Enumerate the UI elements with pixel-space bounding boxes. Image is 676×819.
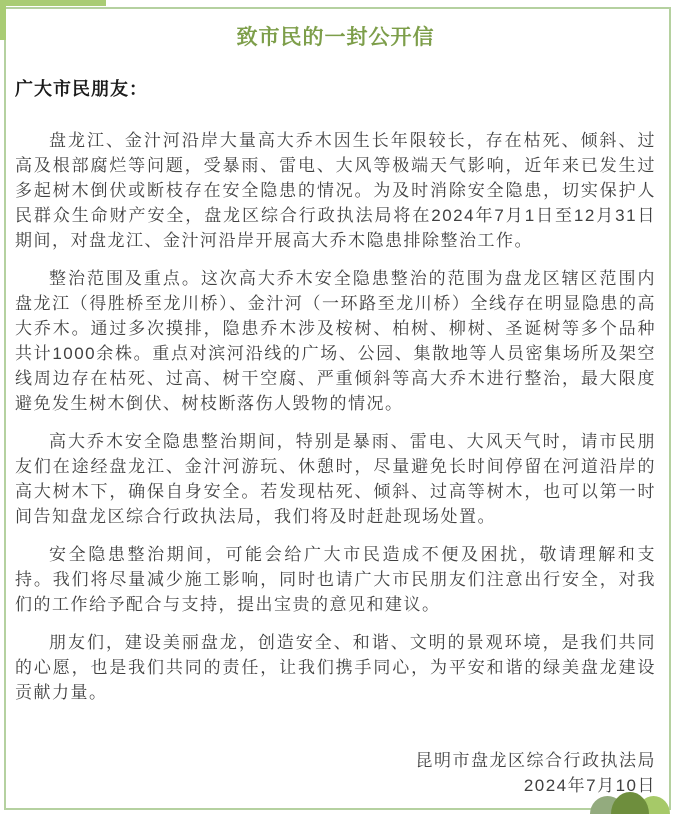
signature-organization: 昆明市盘龙区综合行政执法局	[15, 748, 656, 773]
paragraph-scope: 整治范围及重点。这次高大乔木安全隐患整治的范围为盘龙区辖区范围内盘龙江（得胜桥至…	[15, 266, 656, 416]
paragraph-apology: 安全隐患整治期间，可能会给广大市民造成不便及困扰，敬请理解和支持。我们将尽量减少…	[15, 542, 656, 617]
salutation: 广大市民朋友：	[15, 77, 656, 101]
paragraph-closing: 朋友们，建设美丽盘龙，创造安全、和谐、文明的景观环境，是我们共同的心愿，也是我们…	[15, 630, 656, 705]
top-left-accent-bar-horizontal	[0, 0, 106, 6]
letter-content: 致市民的一封公开信 广大市民朋友： 盘龙江、金汁河沿岸大量高大乔木因生长年限较长…	[6, 9, 669, 798]
letter-title: 致市民的一封公开信	[15, 25, 656, 51]
open-letter-page: 致市民的一封公开信 广大市民朋友： 盘龙江、金汁河沿岸大量高大乔木因生长年限较长…	[0, 0, 676, 819]
signature-date: 2024年7月10日	[15, 773, 656, 798]
signature-block: 昆明市盘龙区综合行政执法局 2024年7月10日	[15, 748, 656, 798]
paragraph-safety-notice: 高大乔木安全隐患整治期间，特别是暴雨、雷电、大风天气时，请市民朋友们在途经盘龙江…	[15, 429, 656, 529]
paragraph-background: 盘龙江、金汁河沿岸大量高大乔木因生长年限较长，存在枯死、倾斜、过高及根部腐烂等问…	[15, 128, 656, 253]
